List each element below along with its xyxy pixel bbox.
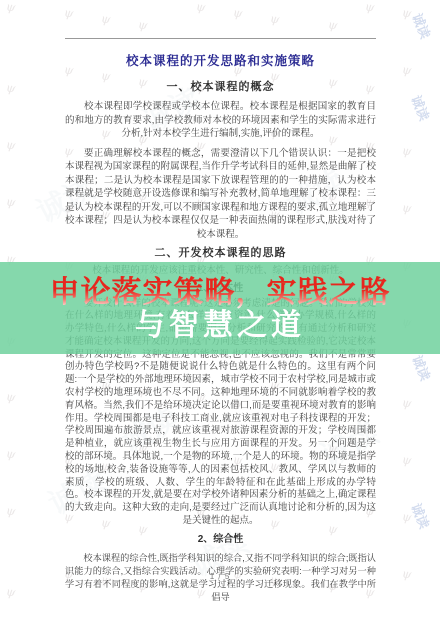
watermark-doodle: ψ [401,62,412,77]
section-heading-development: 二、开发校本课程的思路 [65,246,376,260]
watermark-doodle: ψ [5,80,16,95]
watermark-doodle: ψ [5,0,16,15]
watermark-stamp: 诚读 [0,160,5,191]
watermark-stamp: 诚读 [407,500,434,531]
document-page: ψψψψψψψψψψψψψψψψψψψψψψψψψψψψψψψψψψψψψψψψ… [0,0,440,620]
subsection-heading-comprehensive: 2、综合性 [65,533,376,547]
paragraph-concept-misunderstandings: 要正确理解校本课程的概念，需要澄清以下几个错误认识：一是把校本课程视为国家课程的… [65,147,376,242]
page-indicator: 1 / 5 [0,572,440,581]
document-title: 校本课程的开发思路和实施策略 [65,53,376,69]
watermark-doodle: ψ [5,194,16,209]
watermark-doodle: ψ [401,452,412,467]
overlay-banner-text: 申论落实策略，实践之路 与智慧之道 [0,276,440,342]
section-heading-concept: 一、校本课程的概念 [65,80,376,94]
watermark-doodle: ψ [5,503,16,518]
overlay-banner-line2: 与智慧之道 [0,309,440,342]
watermark-doodle: ψ [401,509,412,524]
header-rule [65,38,376,39]
watermark-doodle: ψ [401,143,412,158]
overlay-banner: 申论落实策略，实践之路 与智慧之道 [0,262,440,354]
watermark-doodle: ψ [401,200,412,215]
watermark-doodle: ψ [401,395,412,410]
watermark-doodle: ψ [5,389,16,404]
watermark-doodle: ψ [5,584,16,599]
watermark-stamp: 诚读 [0,428,4,459]
watermark-doodle: ψ [5,137,16,152]
watermark-stamp: 诚读 [408,352,435,383]
watermark-doodle: ψ [5,446,16,461]
watermark-doodle: ψ [401,5,412,20]
watermark-stamp: 诚读 [408,10,435,41]
watermark-stamp: 诚读 [407,92,434,123]
overlay-banner-line1: 申论落实策略，实践之路 [0,276,440,309]
paragraph-concept-definition: 校本课程即学校课程或学校本位课程。校本课程是根据国家的教育目的和地方的教育要求,… [65,100,376,141]
